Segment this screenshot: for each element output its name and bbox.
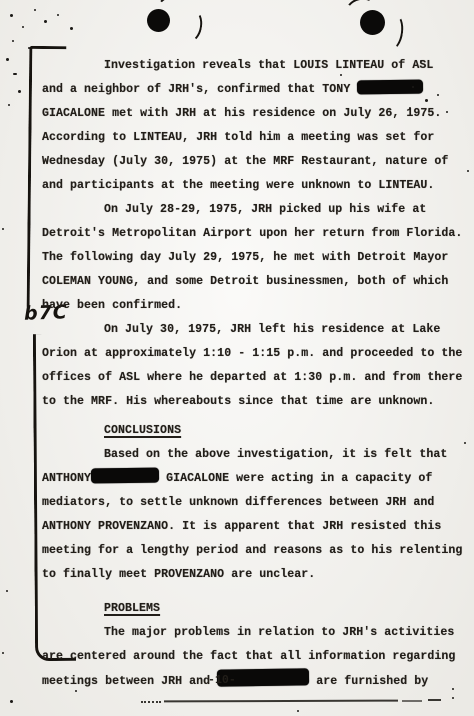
redaction-bar	[91, 468, 159, 484]
text-segment: The major problems in relation to JRH's …	[104, 626, 454, 639]
text-segment: to finally meet PROVENZANO are unclear.	[42, 568, 315, 581]
pen-arc-mark	[382, 13, 406, 51]
scanned-document-page: b7C Investigation reveals that LOUIS LIN…	[0, 0, 474, 716]
document-line: to the MRF. His whereabouts since that t…	[42, 390, 468, 414]
ink-speck	[10, 14, 13, 17]
ink-speck	[44, 20, 47, 23]
document-lines: Investigation reveals that LOUIS LINTEAU…	[42, 54, 468, 693]
document-line: The following day July 29, 1975, he met …	[42, 246, 468, 270]
document-line: On July 28-29, 1975, JRH picked up his w…	[42, 198, 468, 222]
text-segment: Wednesday (July 30, 1975) at the MRF Res…	[42, 155, 448, 168]
document-line: Wednesday (July 30, 1975) at the MRF Res…	[42, 150, 468, 174]
ink-speck	[22, 26, 24, 28]
document-line: are centered around the fact that all in…	[42, 645, 468, 669]
text-segment: CONCLUSIONS	[104, 424, 181, 437]
text-segment: GIACALONE were acting in a capacity of	[159, 472, 432, 485]
document-line: mediators, to settle unknown differences…	[42, 491, 468, 515]
section-heading: CONCLUSIONS	[42, 419, 468, 443]
text-segment: and participants at the meeting were unk…	[42, 179, 434, 192]
text-segment: COLEMAN YOUNG, and some Detroit business…	[42, 275, 448, 288]
document-line: On July 30, 1975, JRH left his residence…	[42, 318, 468, 342]
document-line: and a neighbor of JRH's, confirmed that …	[42, 78, 468, 102]
ink-speck	[10, 700, 13, 703]
section-heading: PROBLEMS	[42, 597, 468, 621]
ink-speck	[57, 14, 59, 16]
text-segment: The following day July 29, 1975, he met …	[42, 251, 448, 264]
text-segment: and a neighbor of JRH's, confirmed that …	[42, 83, 357, 96]
document-line: COLEMAN YOUNG, and some Detroit business…	[42, 270, 468, 294]
ink-speck	[13, 73, 17, 75]
text-segment: are furnished by	[309, 675, 428, 688]
document-line: Investigation reveals that LOUIS LINTEAU…	[42, 54, 468, 78]
ink-speck	[8, 104, 10, 106]
document-line: offices of ASL where he departed at 1:30…	[42, 366, 468, 390]
ink-speck	[452, 688, 454, 690]
text-segment: offices of ASL where he departed at 1:30…	[42, 371, 462, 384]
document-line: According to LINTEAU, JRH told him a mee…	[42, 126, 468, 150]
ink-speck	[70, 27, 73, 30]
page-number: -10-	[208, 674, 236, 687]
text-segment: are centered around the fact that all in…	[42, 650, 455, 663]
ink-speck	[6, 58, 9, 61]
text-segment: On July 30, 1975, JRH left his residence…	[104, 323, 440, 336]
ink-speck	[409, 107, 411, 109]
document-line: ANTHONY GIACALONE were acting in a capac…	[42, 467, 468, 491]
text-segment: Based on the above investigation, it is …	[104, 448, 447, 461]
text-segment: ANTHONY PROVENZANO. It is apparent that …	[42, 520, 441, 533]
text-segment: mediators, to settle unknown differences…	[42, 496, 434, 509]
ink-speck	[297, 710, 299, 712]
document-line: ANTHONY PROVENZANO. It is apparent that …	[42, 515, 468, 539]
text-segment: GIACALONE met with JRH at his residence …	[42, 107, 441, 120]
ink-speck	[34, 9, 36, 11]
ink-speck	[420, 60, 422, 62]
text-segment: to the MRF. His whereabouts since that t…	[42, 395, 434, 408]
document-line: Based on the above investigation, it is …	[42, 443, 468, 467]
text-segment: meeting for a lengthy period and reasons…	[42, 544, 462, 557]
document-line: to finally meet PROVENZANO are unclear.	[42, 563, 468, 587]
text-segment: According to LINTEAU, JRH told him a mee…	[42, 131, 434, 144]
document-line: have been confirmed.	[42, 294, 468, 318]
ink-speck	[6, 590, 8, 592]
document-line: The major problems in relation to JRH's …	[42, 621, 468, 645]
text-segment: Orion at approximately 1:10 - 1:15 p.m. …	[42, 347, 462, 360]
ink-speck	[340, 74, 342, 76]
document-line: Detroit's Metropolitan Airport upon her …	[42, 222, 468, 246]
footer-rule-segment	[428, 699, 441, 701]
text-segment: have been confirmed.	[42, 299, 182, 312]
ink-speck	[75, 690, 77, 692]
document-line: meetings between JRH and are furnished b…	[42, 669, 468, 693]
pen-arc-mark	[179, 9, 204, 44]
footer-rule-segment	[402, 700, 422, 702]
text-segment: Investigation reveals that LOUIS LINTEAU…	[104, 59, 433, 72]
footer-rule-segment	[141, 701, 161, 703]
ink-speck	[452, 697, 454, 699]
document-line: Orion at approximately 1:10 - 1:15 p.m. …	[42, 342, 468, 366]
ink-speck	[28, 47, 30, 49]
text-segment: Detroit's Metropolitan Airport upon her …	[42, 227, 462, 240]
text-segment: PROBLEMS	[104, 602, 160, 615]
ink-speck	[12, 40, 14, 42]
text-segment: ANTHONY	[42, 472, 91, 485]
ink-speck	[425, 99, 428, 102]
document-line: meeting for a lengthy period and reasons…	[42, 539, 468, 563]
text-segment: meetings between JRH and	[42, 675, 217, 688]
ink-speck	[2, 652, 4, 654]
ink-speck	[412, 86, 414, 88]
ink-speck	[446, 111, 448, 113]
ink-speck	[18, 90, 21, 93]
ink-speck	[464, 442, 466, 444]
document-line: and participants at the meeting were unk…	[42, 174, 468, 198]
ink-speck	[467, 170, 469, 172]
text-segment: On July 28-29, 1975, JRH picked up his w…	[104, 203, 426, 216]
ink-speck	[437, 94, 439, 96]
document-line: GIACALONE met with JRH at his residence …	[42, 102, 468, 126]
ink-speck	[2, 228, 4, 230]
footer-rule-segment	[164, 700, 398, 703]
